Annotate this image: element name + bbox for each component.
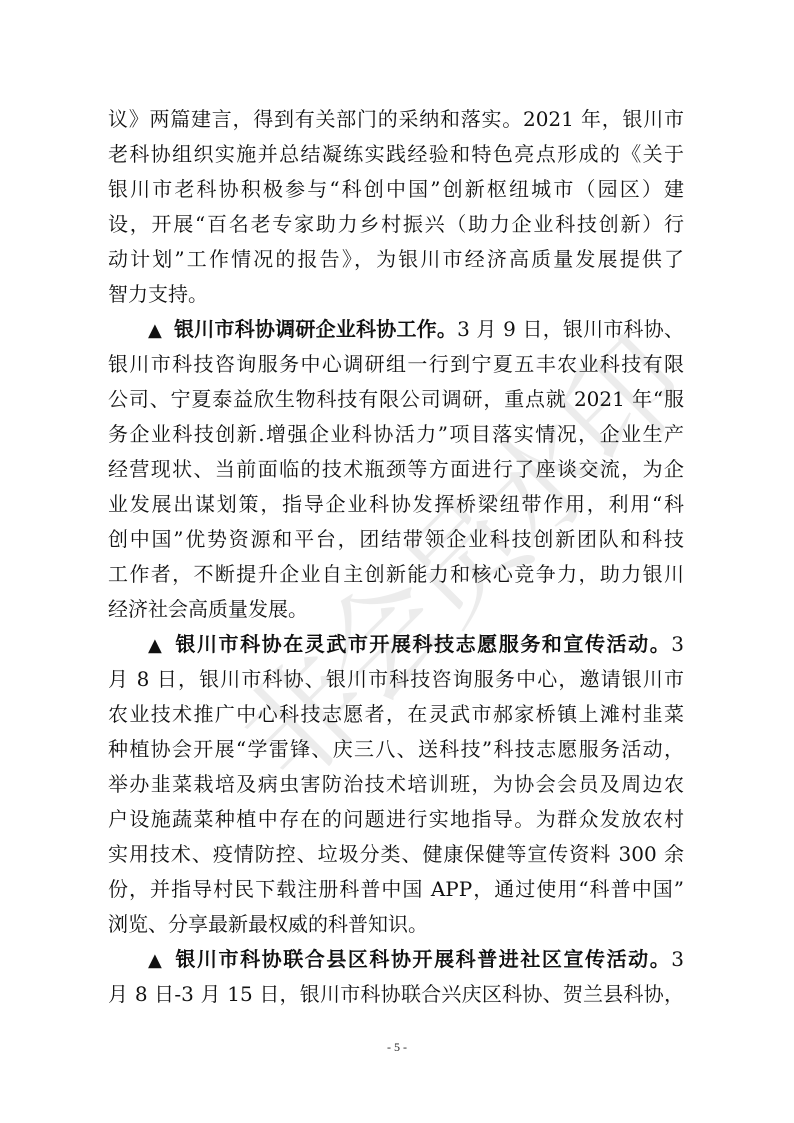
- text-line: 工作者，不断提升企业自主创新能力和核心竞争力，助力银川: [108, 557, 684, 592]
- news-item-heading: 银川市科协调研企业科协工作。: [174, 317, 457, 341]
- text-line: 份，并指导村民下载注册科普中国 APP，通过使用“科普中国”: [108, 872, 684, 907]
- text-line: 经济社会高质量发展。: [108, 592, 684, 627]
- text-line: 银川市科技咨询服务中心调研组一行到宁夏五丰农业科技有限: [108, 347, 684, 382]
- text-line: 户设施蔬菜种植中存在的问题进行实地指导。为群众发放农村: [108, 802, 684, 837]
- text-run: 3: [671, 947, 684, 971]
- page-number: - 5 -: [0, 1040, 794, 1055]
- triangle-bullet-icon: ▲: [148, 628, 162, 663]
- text-line: 设，开展“百名老专家助力乡村振兴（助力企业科技创新）行: [108, 207, 684, 242]
- news-item-enterprise-research: ▲银川市科协调研企业科协工作。3 月 9 日，银川市科协、 银川市科技咨询服务中…: [108, 312, 688, 627]
- document-body: 议》两篇建言，得到有关部门的采纳和落实。2021 年，银川市 老科协组织实施并总…: [108, 102, 688, 1012]
- text-line: 实用技术、疫情防控、垃圾分类、健康保健等宣传资料 300 余: [108, 837, 684, 872]
- news-item-heading-line: ▲银川市科协在灵武市开展科技志愿服务和宣传活动。3: [108, 627, 684, 662]
- text-line: 公司、宁夏泰益欣生物科技有限公司调研，重点就 2021 年“服: [108, 382, 684, 417]
- news-item-heading-line: ▲银川市科协联合县区科协开展科普进社区宣传活动。3: [108, 942, 684, 977]
- text-line: 种植协会开展“学雷锋、庆三八、送科技”科技志愿服务活动，: [108, 732, 684, 767]
- text-line: 农业技术推广中心科技志愿者，在灵武市郝家桥镇上滩村韭菜: [108, 697, 684, 732]
- text-line: 务企业科技创新.增强企业科协活力”项目落实情况，企业生产: [108, 417, 684, 452]
- text-line: 创中国”优势资源和平台，团结带领企业科技创新团队和科技: [108, 522, 684, 557]
- text-line: 智力支持。: [108, 277, 684, 312]
- text-line: 月 8 日-3 月 15 日，银川市科协联合兴庆区科协、贺兰县科协，: [108, 977, 684, 1012]
- news-item-community-outreach: ▲银川市科协联合县区科协开展科普进社区宣传活动。3 月 8 日-3 月 15 日…: [108, 942, 688, 1012]
- triangle-bullet-icon: ▲: [148, 313, 162, 348]
- text-line: 议》两篇建言，得到有关部门的采纳和落实。2021 年，银川市: [108, 102, 684, 137]
- triangle-bullet-icon: ▲: [148, 943, 162, 978]
- text-line: 月 8 日，银川市科协、银川市科技咨询服务中心，邀请银川市: [108, 662, 684, 697]
- text-line: 动计划”工作情况的报告》，为银川市经济高质量发展提供了: [108, 242, 684, 277]
- text-line: 业发展出谋划策，指导企业科协发挥桥梁纽带作用，利用“科: [108, 487, 684, 522]
- news-item-volunteer-service: ▲银川市科协在灵武市开展科技志愿服务和宣传活动。3 月 8 日，银川市科协、银川…: [108, 627, 688, 942]
- document-page: 非会员水印 议》两篇建言，得到有关部门的采纳和落实。2021 年，银川市 老科协…: [0, 0, 794, 1123]
- news-item-heading: 银川市科协在灵武市开展科技志愿服务和宣传活动。: [174, 632, 671, 656]
- text-line: 老科协组织实施并总结凝练实践经验和特色亮点形成的《关于: [108, 137, 684, 172]
- text-run: 3: [671, 632, 684, 656]
- news-item-heading: 银川市科协联合县区科协开展科普进社区宣传活动。: [174, 947, 671, 971]
- paragraph-continuation: 议》两篇建言，得到有关部门的采纳和落实。2021 年，银川市 老科协组织实施并总…: [108, 102, 688, 312]
- text-line: 举办韭菜栽培及病虫害防治技术培训班，为协会会员及周边农: [108, 767, 684, 802]
- text-run: 3 月 9 日，银川市科协、: [457, 317, 684, 341]
- news-item-heading-line: ▲银川市科协调研企业科协工作。3 月 9 日，银川市科协、: [108, 312, 684, 347]
- text-line: 浏览、分享最新最权威的科普知识。: [108, 907, 684, 942]
- text-line: 经营现状、当前面临的技术瓶颈等方面进行了座谈交流，为企: [108, 452, 684, 487]
- text-line: 银川市老科协积极参与“科创中国”创新枢纽城市（园区）建: [108, 172, 684, 207]
